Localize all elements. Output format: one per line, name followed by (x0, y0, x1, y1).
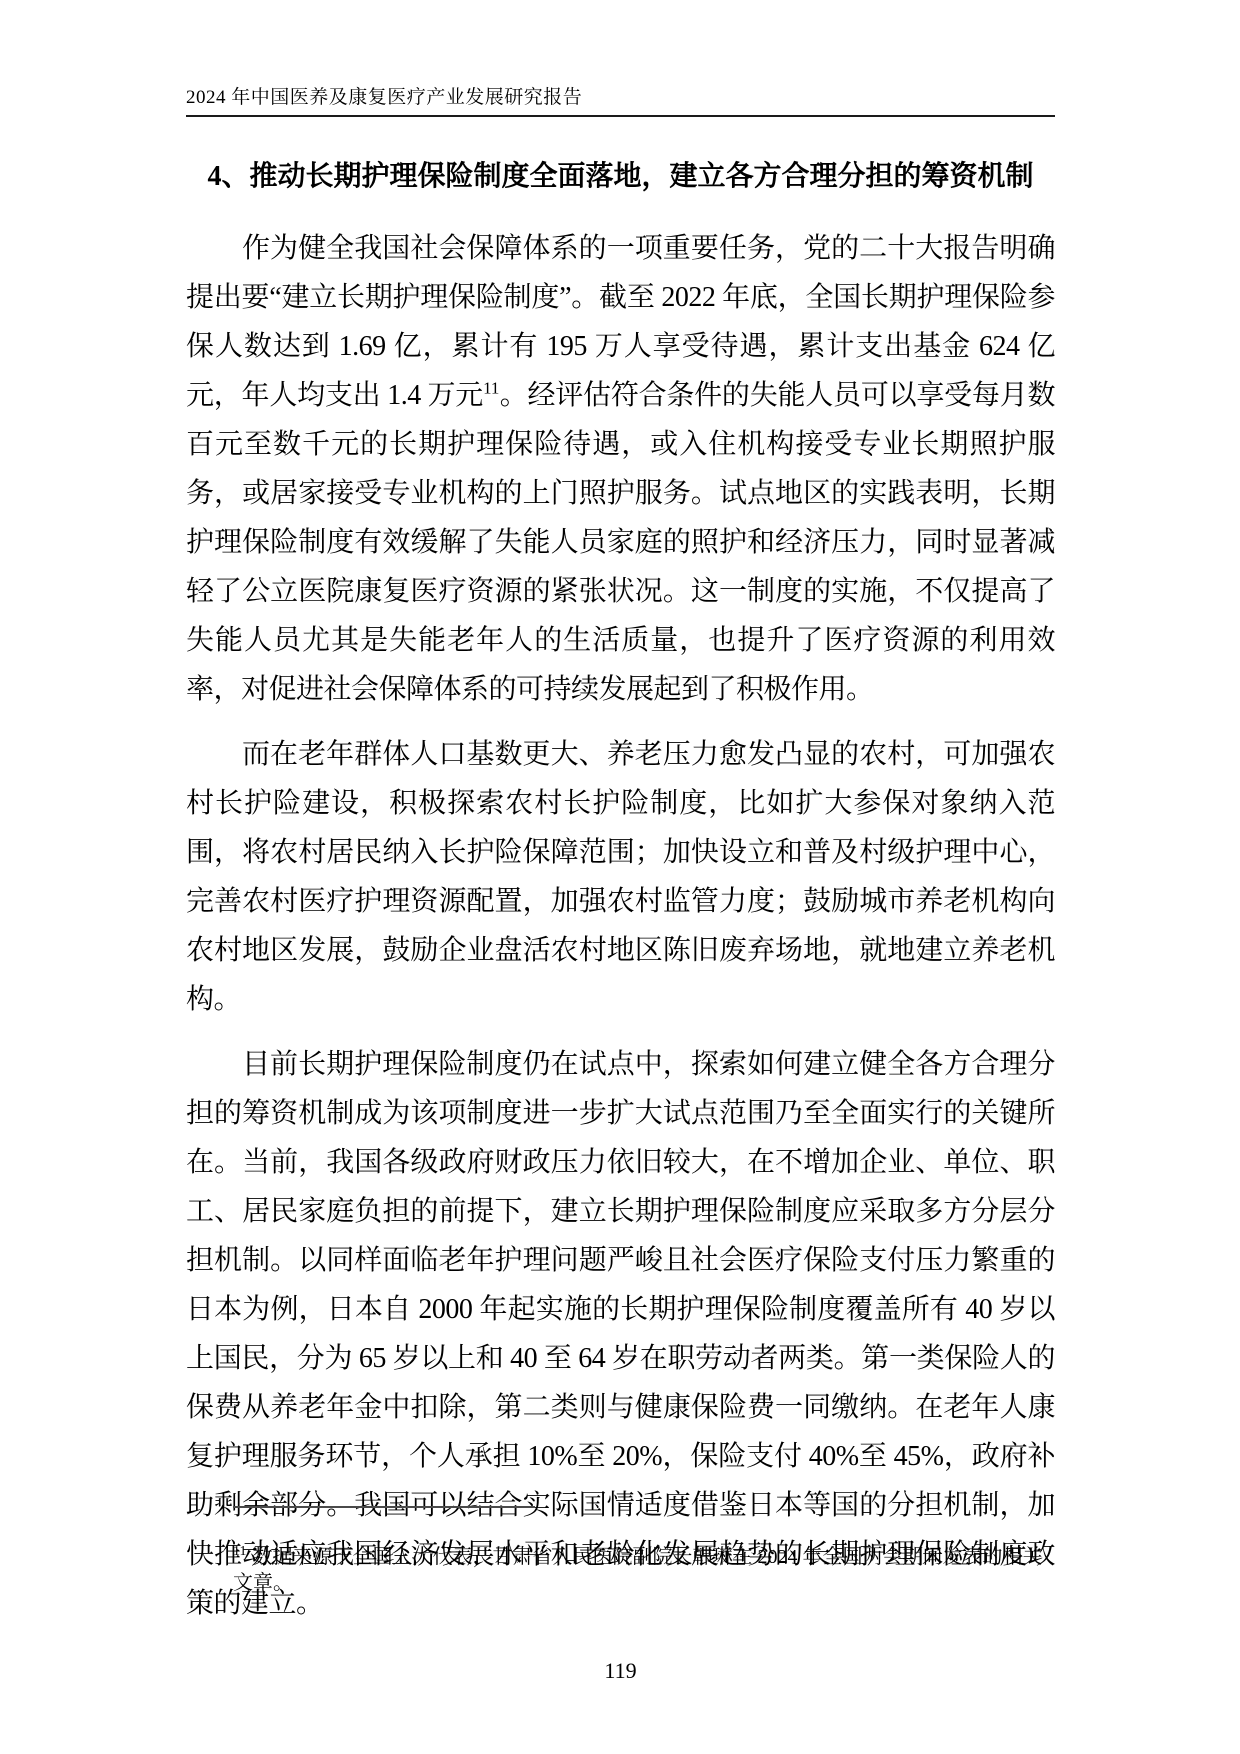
paragraph-1-text-continued: 。经评估符合条件的失能人员可以享受每月数百元至数千元的长期护理保险待遇，或入住机… (186, 380, 1055, 705)
body-paragraph-2: 而在老年群体人口基数更大、养老压力愈发凸显的农村，可加强农村长护险建设，积极探索… (186, 730, 1055, 1024)
body-paragraph-1: 作为健全我国社会保障体系的一项重要任务，党的二十大报告明确提出要“建立长期护理保… (186, 224, 1055, 714)
header-title: 2024 年中国医养及康复医疗产业发展研究报告 (186, 87, 582, 108)
footnote: 11数据来源于全国人大代表，甘肃省人民医院副院长韩琳在 2024 年全国两会期间… (233, 1544, 1055, 1596)
footnote-separator (233, 1506, 535, 1508)
footnote-reference-11: 11 (483, 379, 499, 398)
page-header: 2024 年中国医养及康复医疗产业发展研究报告 (186, 88, 1055, 117)
document-page: 2024 年中国医养及康复医疗产业发展研究报告 4、推动长期护理保险制度全面落地… (0, 0, 1240, 1754)
section-heading: 4、推动长期护理保险制度全面落地，建立各方合理分担的筹资机制 (186, 160, 1055, 194)
page-number: 119 (186, 1658, 1055, 1684)
page-content: 4、推动长期护理保险制度全面落地，建立各方合理分担的筹资机制 作为健全我国社会保… (186, 146, 1055, 1644)
footnote-text: 数据来源于全国人大代表，甘肃省人民医院副院长韩琳在 2024 年全国两会期间发表… (233, 1546, 1042, 1594)
footnote-marker: 11 (233, 1544, 246, 1559)
footnote-block: 11数据来源于全国人大代表，甘肃省人民医院副院长韩琳在 2024 年全国两会期间… (186, 1506, 1055, 1596)
